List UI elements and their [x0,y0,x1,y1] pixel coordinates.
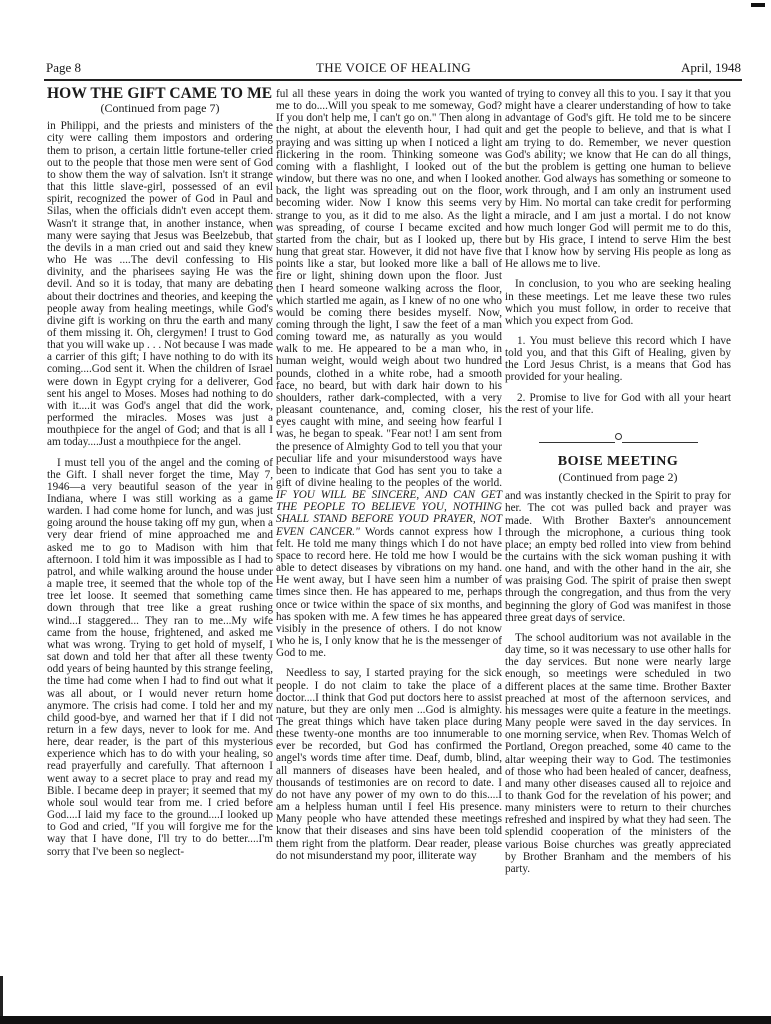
article-paragraph: ful all these years in doing the work yo… [276,88,502,659]
article-paragraph: I must tell you of the angel and the com… [47,457,273,858]
rule-item-2: 2. Promise to live for God with all your… [505,392,731,416]
publication-title: THE VOICE OF HEALING [46,60,741,76]
article-paragraph: The school auditorium was not available … [505,632,731,875]
scan-edge [0,976,3,1016]
scan-corner-mark [751,3,765,7]
rule-item-1: 1. You must believe this record which I … [505,335,731,384]
article-paragraph: of trying to convey all this to you. I s… [505,88,731,270]
article-continued-note: (Continued from page 7) [47,102,273,114]
issue-date: April, 1948 [681,60,741,76]
column-3: of trying to convey all this to you. I s… [505,88,731,875]
article-paragraph: In conclusion, to you who are seeking he… [505,278,731,327]
section-divider [505,430,731,440]
column-1: HOW THE GIFT CAME TO ME (Continued from … [47,88,273,858]
article-title: BOISE MEETING [505,456,731,468]
header-rule [44,79,742,81]
article-title: HOW THE GIFT CAME TO ME [47,88,273,100]
paragraph-text: ful all these years in doing the work yo… [276,88,502,489]
scan-bottom-edge [0,1016,771,1024]
divider-line [539,442,615,443]
column-2: ful all these years in doing the work yo… [276,88,502,862]
article-continued-note: (Continued from page 2) [505,471,731,483]
paragraph-text: Words cannot express how I felt. He told… [276,526,502,660]
article-paragraph: Needless to say, I started praying for t… [276,667,502,862]
article-paragraph: and was instantly checked in the Spirit … [505,490,731,624]
page-header: Page 8 THE VOICE OF HEALING April, 1948 [46,58,741,78]
divider-line [622,442,698,443]
article-paragraph: in Philippi, and the priests and ministe… [47,120,273,448]
divider-ornament-icon [615,433,622,440]
